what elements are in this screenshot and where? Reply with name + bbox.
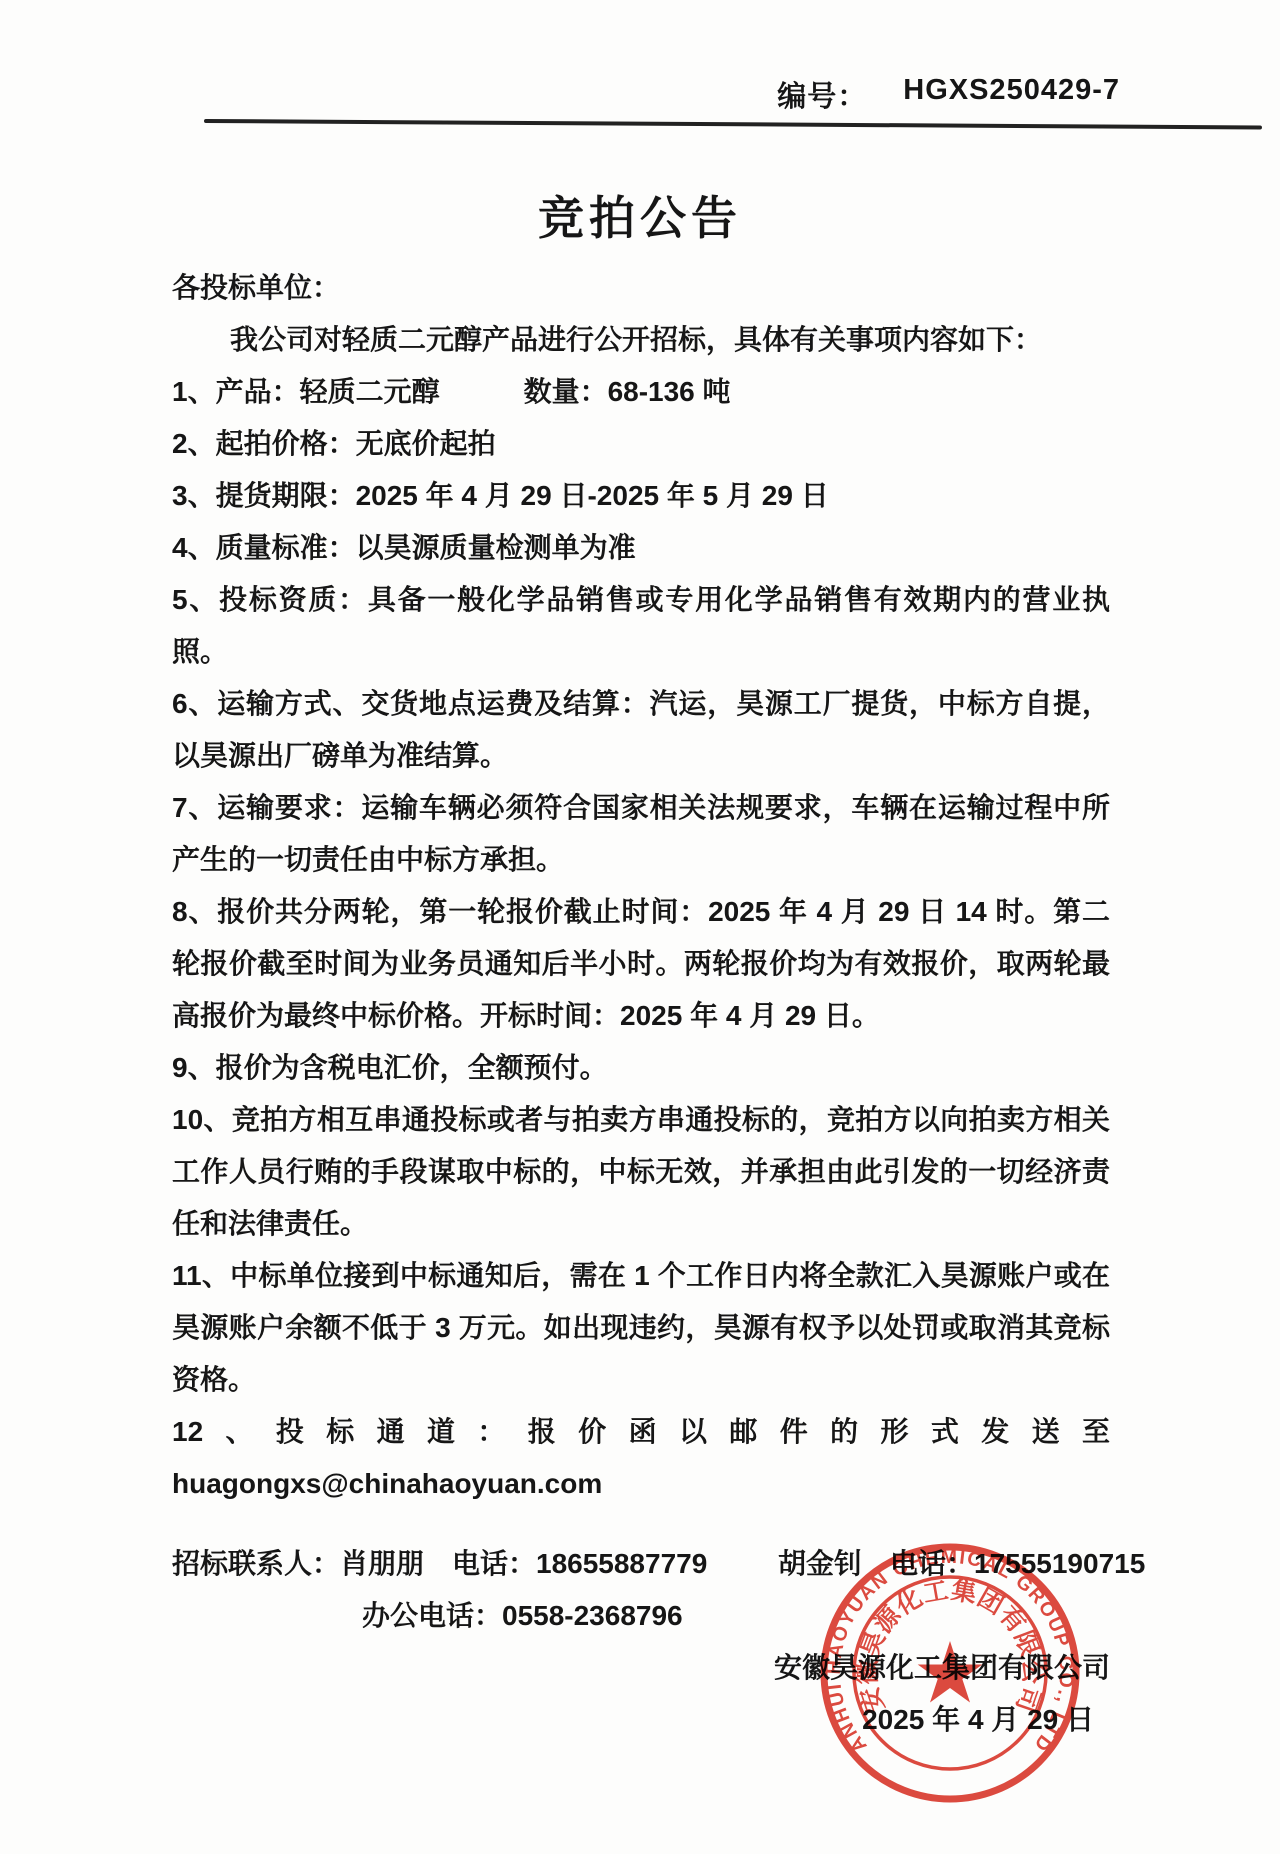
doc-number: 编号： HGXS250429-7 — [777, 74, 1120, 115]
salutation: 各投标单位： — [172, 262, 1110, 314]
list-item-7: 7、运输要求：运输车辆必须符合国家相关法规要求，车辆在运输过程中所产生的一切责任… — [172, 782, 1110, 886]
list-item-6: 6、运输方式、交货地点运费及结算：汽运，昊源工厂提货，中标方自提，以昊源出厂磅单… — [172, 678, 1110, 782]
document-body: 各投标单位： 我公司对轻质二元醇产品进行公开招标，具体有关事项内容如下： 1、产… — [172, 262, 1110, 1746]
list-item-9: 9、报价为含税电汇价，全额预付。 — [172, 1042, 1110, 1094]
doc-number-value: HGXS250429-7 — [903, 74, 1120, 115]
list-item-12: 12、投标通道：报价函以邮件的形式发送至 huagongxs@chinahaoy… — [172, 1406, 1110, 1510]
doc-number-label: 编号： — [777, 74, 867, 115]
signature-date: 2025 年 4 月 29 日 — [172, 1694, 1110, 1746]
list-item-10: 10、竞拍方相互串通投标或者与拍卖方串通投标的，竞拍方以向拍卖方相关工作人员行贿… — [172, 1094, 1110, 1250]
list-item-5: 5、投标资质：具备一般化学品销售或专用化学品销售有效期内的营业执照。 — [172, 574, 1110, 678]
page-title: 竞拍公告 — [0, 182, 1280, 248]
header-rule — [204, 119, 1262, 129]
list-item-4: 4、质量标准：以昊源质量检测单为准 — [172, 522, 1110, 574]
list-item-2: 2、起拍价格：无底价起拍 — [172, 418, 1110, 470]
list-item-1: 1、产品：轻质二元醇 数量：68-136 吨 — [172, 366, 1110, 418]
office-phone: 办公电话：0558-2368796 — [172, 1590, 1110, 1642]
list-item-8: 8、报价共分两轮，第一轮报价截止时间：2025 年 4 月 29 日 14 时。… — [172, 886, 1110, 1042]
document-page: 编号： HGXS250429-7 竞拍公告 各投标单位： 我公司对轻质二元醇产品… — [0, 0, 1280, 1854]
contact-secondary: 胡金钊 电话：17555190715 — [778, 1538, 1145, 1590]
contact-primary: 招标联系人：肖朋朋 电话：18655887779 — [172, 1548, 707, 1579]
list-item-3: 3、提货期限：2025 年 4 月 29 日-2025 年 5 月 29 日 — [172, 470, 1110, 522]
contact-row: 招标联系人：肖朋朋 电话：18655887779 胡金钊 电话：17555190… — [172, 1538, 1110, 1590]
list-item-11: 11、中标单位接到中标通知后，需在 1 个工作日内将全款汇入昊源账户或在昊源账户… — [172, 1250, 1110, 1406]
signature-company: 安徽昊源化工集团有限公司 — [172, 1642, 1110, 1694]
intro-paragraph: 我公司对轻质二元醇产品进行公开招标，具体有关事项内容如下： — [172, 314, 1110, 366]
